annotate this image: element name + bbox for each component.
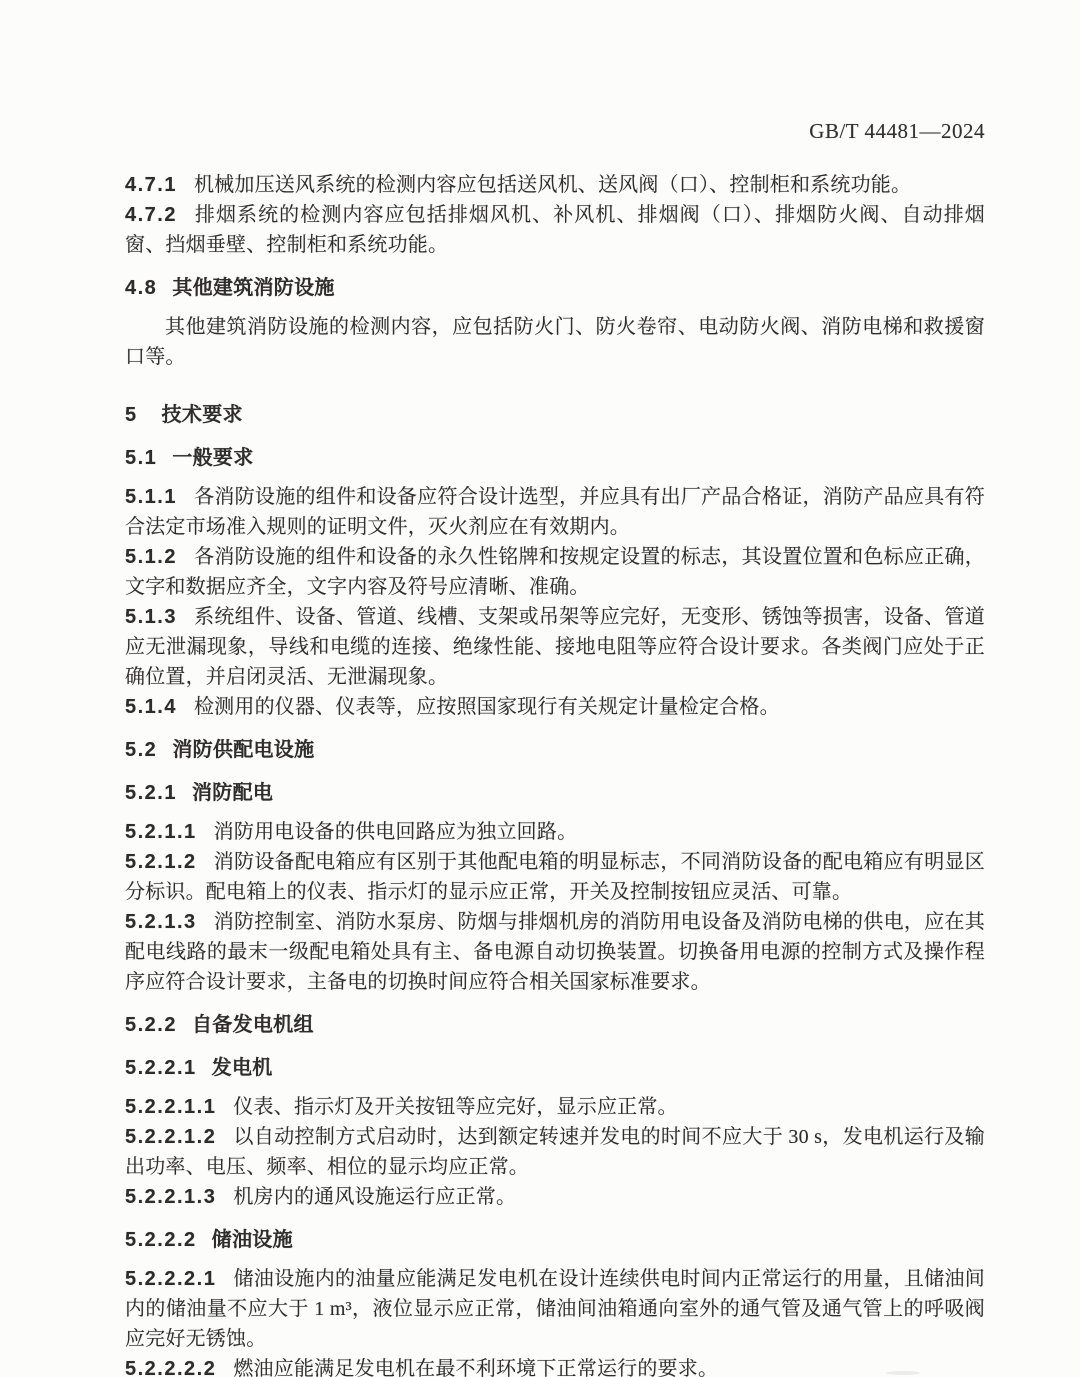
clause-text: 检测用的仪器、仪表等，应按照国家现行有关规定计量检定合格。 <box>194 696 780 718</box>
clause-text: 储油设施内的油量应能满足发电机在设计连续供电时间内正常运行的用量，且储油间内的储… <box>125 1268 985 1350</box>
section-heading-text: 一般要求 <box>172 447 253 469</box>
clause: 5.1.4检测用的仪器、仪表等，应按照国家现行有关规定计量检定合格。 <box>125 692 985 722</box>
clause-number: 5.2.1.3 <box>125 911 197 933</box>
section-heading-text: 自备发电机组 <box>192 1014 314 1036</box>
clause-number: 5.2.2.1.1 <box>125 1096 216 1118</box>
chapter-heading-number: 5 <box>125 404 138 426</box>
clause-number: 5.2.2.2.1 <box>125 1268 216 1290</box>
clause-text: 仪表、指示灯及开关按钮等应完好，显示应正常。 <box>233 1096 677 1118</box>
clause: 5.2.1.1消防用电设备的供电回路应为独立回路。 <box>125 817 985 847</box>
clause-text: 各消防设施的组件和设备的永久性铭牌和按规定设置的标志，其设置位置和色标应正确，文… <box>125 546 985 598</box>
clause-number: 4.7.1 <box>125 174 177 196</box>
paragraph-text: 其他建筑消防设施的检测内容，应包括防火门、防火卷帘、电动防火阀、消防电梯和救援窗… <box>125 316 985 368</box>
clause: 5.2.1.3消防控制室、消防水泵房、防烟与排烟机房的消防用电设备及消防电梯的供… <box>125 907 985 997</box>
section-heading-number: 5.2.2.2 <box>125 1229 197 1251</box>
clause-number: 5.2.1.1 <box>125 821 197 843</box>
clause: 5.2.2.1.3机房内的通风设施运行应正常。 <box>125 1182 985 1212</box>
clause: 5.1.3系统组件、设备、管道、线槽、支架或吊架等应完好，无变形、锈蚀等损害，设… <box>125 602 985 692</box>
section-heading-text: 其他建筑消防设施 <box>172 277 334 299</box>
clause-number: 4.7.2 <box>125 204 177 226</box>
clause: 5.2.1.2消防设备配电箱应有区别于其他配电箱的明显标志，不同消防设备的配电箱… <box>125 847 985 907</box>
document-page: GB/T 44481—2024 4.7.1机械加压送风系统的检测内容应包括送风机… <box>0 0 1080 1377</box>
clause-text: 消防设备配电箱应有区别于其他配电箱的明显标志，不同消防设备的配电箱应有明显区分标… <box>125 851 985 903</box>
section-heading: 4.8其他建筑消防设施 <box>125 273 985 303</box>
section-heading: 5.2.2自备发电机组 <box>125 1010 985 1040</box>
clause-text: 消防控制室、消防水泵房、防烟与排烟机房的消防用电设备及消防电梯的供电，应在其配电… <box>125 911 985 993</box>
clause-text: 以自动控制方式启动时，达到额定转速并发电的时间不应大于 30 s，发电机运行及输… <box>125 1126 985 1178</box>
section-heading: 5.2.2.2储油设施 <box>125 1225 985 1255</box>
section-heading-number: 4.8 <box>125 277 157 299</box>
clause-number: 5.1.4 <box>125 696 177 718</box>
clause-text: 消防用电设备的供电回路应为独立回路。 <box>214 821 578 843</box>
clause-number: 5.1.1 <box>125 486 177 508</box>
section-heading-text: 储油设施 <box>212 1229 293 1251</box>
clause: 5.1.2各消防设施的组件和设备的永久性铭牌和按规定设置的标志，其设置位置和色标… <box>125 542 985 602</box>
scan-artifact <box>886 1371 920 1375</box>
clause-text: 燃油应能满足发电机在最不利环境下正常运行的要求。 <box>233 1358 718 1377</box>
section-heading-text: 消防配电 <box>192 782 273 804</box>
clause: 5.2.2.1.1仪表、指示灯及开关按钮等应完好，显示应正常。 <box>125 1092 985 1122</box>
section-heading-number: 5.2 <box>125 739 157 761</box>
clause-text: 排烟系统的检测内容应包括排烟风机、补风机、排烟阀（口）、排烟防火阀、自动排烟窗、… <box>125 204 985 256</box>
section-heading-text: 发电机 <box>212 1057 273 1079</box>
section-heading: 5.2消防供配电设施 <box>125 735 985 765</box>
section-heading: 5.2.1消防配电 <box>125 778 985 808</box>
section-heading-number: 5.1 <box>125 447 157 469</box>
clause: 5.1.1各消防设施的组件和设备应符合设计选型，并应具有出厂产品合格证，消防产品… <box>125 482 985 542</box>
section-heading-number: 5.2.2.1 <box>125 1057 197 1079</box>
clause-number: 5.1.2 <box>125 546 177 568</box>
clause-number: 5.2.2.2.2 <box>125 1358 216 1377</box>
clause-number: 5.2.2.1.2 <box>125 1126 216 1148</box>
clause-text: 机械加压送风系统的检测内容应包括送风机、送风阀（口）、控制柜和系统功能。 <box>194 174 911 196</box>
document-body: 4.7.1机械加压送风系统的检测内容应包括送风机、送风阀（口）、控制柜和系统功能… <box>125 170 985 1377</box>
standard-number: GB/T 44481—2024 <box>125 116 985 146</box>
section-heading-text: 消防供配电设施 <box>172 739 314 761</box>
chapter-heading: 5技术要求 <box>125 400 985 430</box>
section-heading-number: 5.2.2 <box>125 1014 177 1036</box>
clause: 5.2.2.2.1储油设施内的油量应能满足发电机在设计连续供电时间内正常运行的用… <box>125 1264 985 1354</box>
chapter-heading-text: 技术要求 <box>162 404 243 426</box>
section-heading-number: 5.2.1 <box>125 782 177 804</box>
paragraph: 其他建筑消防设施的检测内容，应包括防火门、防火卷帘、电动防火阀、消防电梯和救援窗… <box>125 312 985 372</box>
clause-number: 5.1.3 <box>125 606 177 628</box>
clause-text: 系统组件、设备、管道、线槽、支架或吊架等应完好，无变形、锈蚀等损害，设备、管道应… <box>125 606 985 688</box>
clause-number: 5.2.2.1.3 <box>125 1186 216 1208</box>
section-heading: 5.2.2.1发电机 <box>125 1053 985 1083</box>
clause-text: 各消防设施的组件和设备应符合设计选型，并应具有出厂产品合格证，消防产品应具有符合… <box>125 486 985 538</box>
clause-number: 5.2.1.2 <box>125 851 197 873</box>
clause: 4.7.1机械加压送风系统的检测内容应包括送风机、送风阀（口）、控制柜和系统功能… <box>125 170 985 200</box>
clause-text: 机房内的通风设施运行应正常。 <box>233 1186 516 1208</box>
clause: 5.2.2.2.2燃油应能满足发电机在最不利环境下正常运行的要求。 <box>125 1354 985 1377</box>
section-heading: 5.1一般要求 <box>125 443 985 473</box>
clause: 4.7.2排烟系统的检测内容应包括排烟风机、补风机、排烟阀（口）、排烟防火阀、自… <box>125 200 985 260</box>
clause: 5.2.2.1.2以自动控制方式启动时，达到额定转速并发电的时间不应大于 30 … <box>125 1122 985 1182</box>
